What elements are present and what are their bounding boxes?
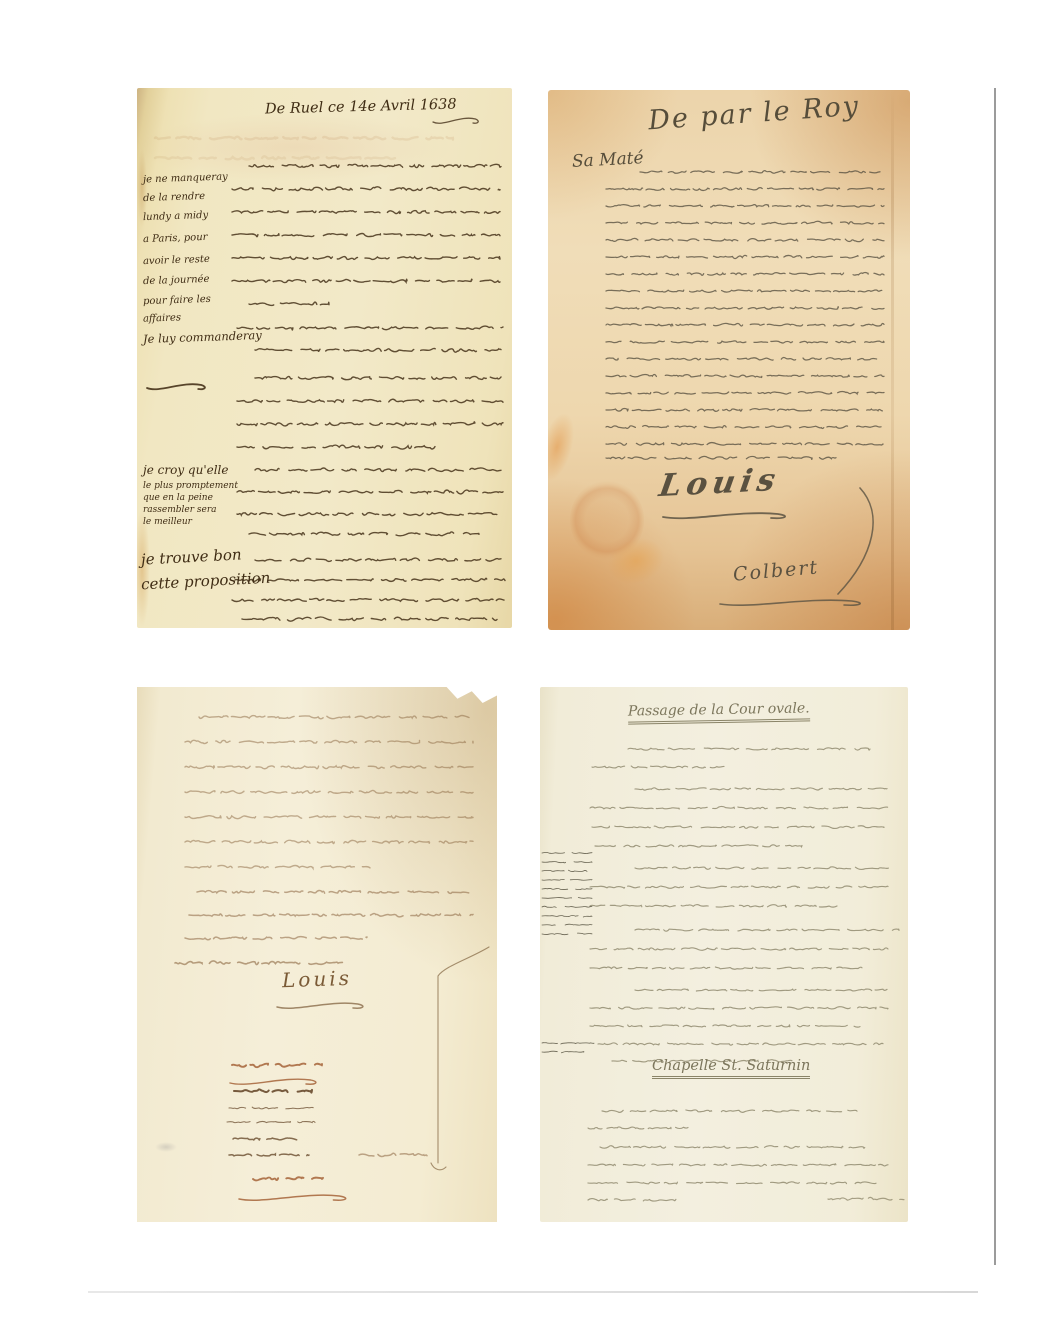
margin-note: que en la peine	[143, 494, 213, 503]
signature-louis: Louis	[657, 465, 782, 502]
scanned-manuscripts-page: { "ui": { "page_background": "#ffffff", …	[0, 0, 1040, 1338]
handwriting-layer	[540, 687, 908, 1222]
section-heading-passage: Passage de la Cour ovale.	[628, 701, 810, 724]
margin-note: le meilleur	[143, 518, 192, 527]
manuscript-scan-letter-ruel: De Ruel ce 14e Avril 1638 je ne manquera…	[137, 88, 512, 628]
margin-note: le plus promptement	[143, 482, 238, 491]
section-heading-chapelle: Chapelle St. Saturnin	[652, 1059, 810, 1079]
footer-rule	[88, 1291, 978, 1293]
margin-note: affaires	[143, 313, 181, 324]
margin-note: je croy qu'elle	[143, 464, 229, 476]
manuscript-scan-memoire: Passage de la Cour ovale. Chapelle St. S…	[540, 687, 908, 1222]
manuscript-scan-council-arrest: Louis	[137, 687, 497, 1222]
handwriting-layer	[137, 687, 497, 1222]
signature-louis: Louis	[282, 968, 353, 990]
margin-note: rassembler sera	[143, 506, 217, 515]
page-edge-divider	[994, 88, 996, 1265]
manuscript-scan-royal-order: De par le Roy Sa Maté Louis Colbert	[548, 90, 910, 630]
handwriting-layer	[548, 90, 910, 630]
opening-words: Sa Maté	[572, 150, 644, 171]
